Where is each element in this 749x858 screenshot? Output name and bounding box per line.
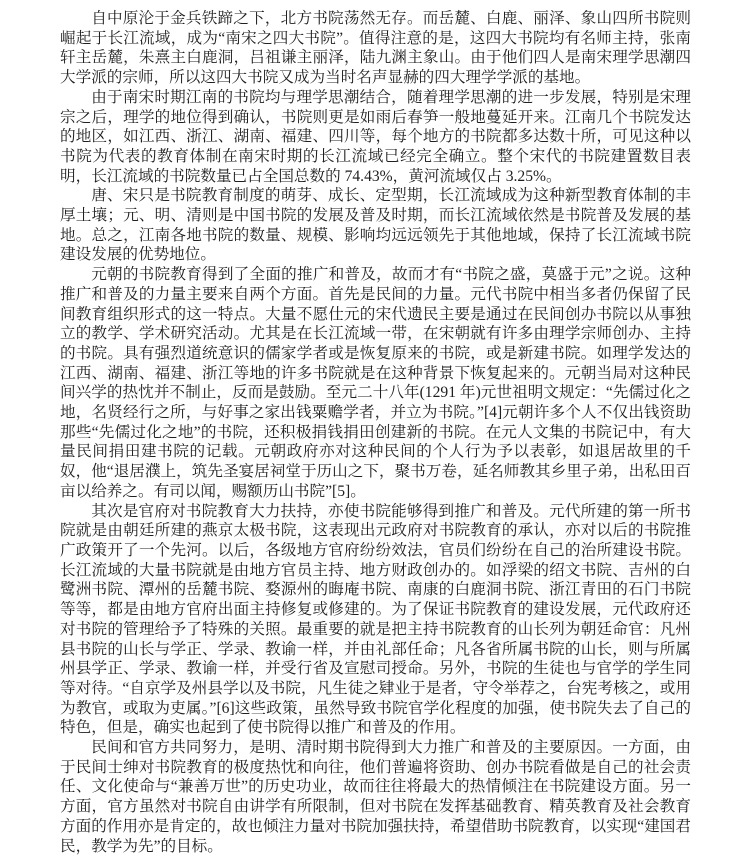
paragraph-5: 其次是官府对书院教育大力扶持，亦使书院能够得到推广和普及。元代所建的第一所书院就…: [60, 502, 691, 738]
paragraph-6: 民间和官方共同努力，是明、清时期书院得到大力推广和普及的主要原因。一方面，由于民…: [60, 738, 691, 856]
paragraph-3: 唐、宋只是书院教育制度的萌芽、成长、定型期，长江流域成为这种新型教育体制的丰厚土…: [60, 186, 691, 265]
paragraph-1: 自中原沦于金兵铁蹄之下，北方书院荡然无存。而岳麓、白鹿、丽泽、象山四所书院则崛起…: [60, 9, 691, 88]
document-page: 自中原沦于金兵铁蹄之下，北方书院荡然无存。而岳麓、白鹿、丽泽、象山四所书院则崛起…: [0, 0, 749, 858]
paragraph-2: 由于南宋时期江南的书院均与理学思潮结合，随着理学思潮的进一步发展，特别是宋理宗之…: [60, 88, 691, 187]
paragraph-4: 元朝的书院教育得到了全面的推广和普及，故而才有“书院之盛，莫盛于元”之说。这种推…: [60, 265, 691, 501]
